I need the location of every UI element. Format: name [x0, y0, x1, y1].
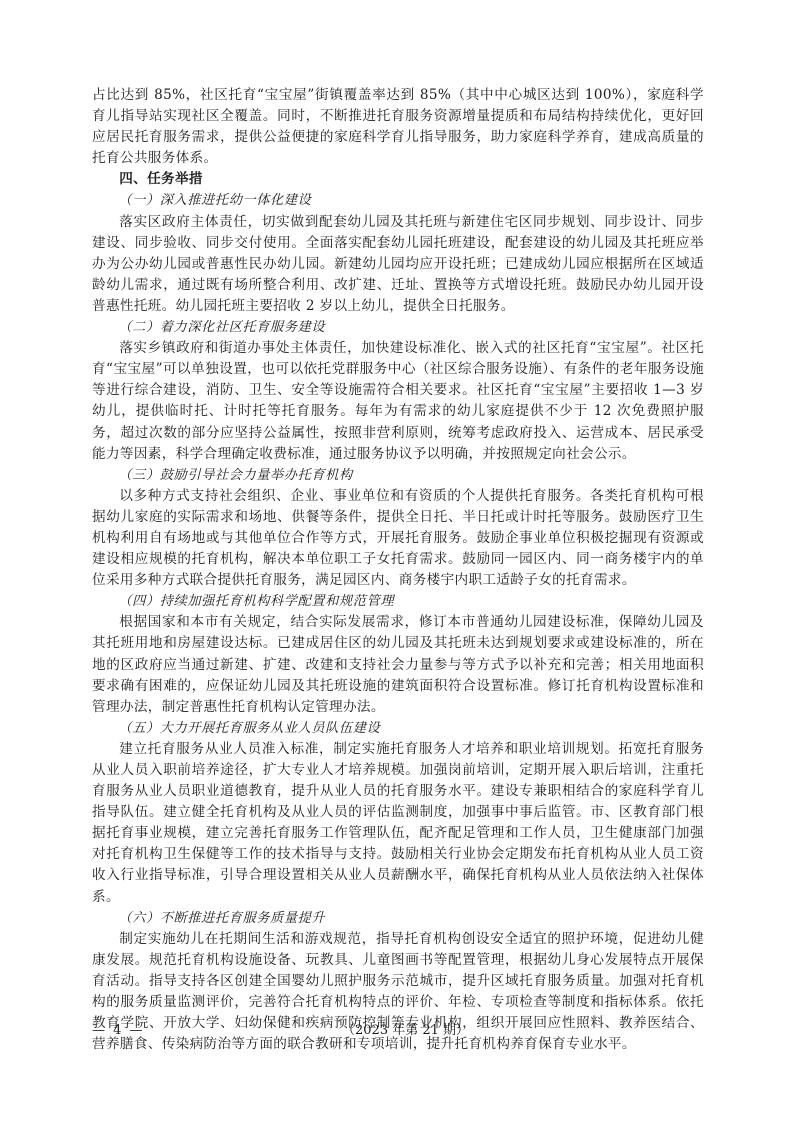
subheading-1: （一）深入推进托幼一体化建设	[92, 190, 704, 211]
paragraph-5: 建立托育服务从业人员准入标准，制定实施托育服务人才培养和职业培训规划。拓宽托育服…	[92, 739, 704, 908]
page-footer: — 4 — （2023 年第 21 期）	[92, 1020, 704, 1042]
section-heading-tasks: 四、任务举措	[92, 169, 704, 190]
paragraph-4: 根据国家和本市有关规定，结合实际发展需求，修订本市普通幼儿园建设标准，保障幼儿园…	[92, 612, 704, 717]
subheading-5: （五）大力开展托育服务从业人员队伍建设	[92, 718, 704, 739]
paragraph-2: 落实乡镇政府和街道办事处主体责任，加快建设标准化、嵌入式的社区托育“宝宝屋”。社…	[92, 338, 704, 465]
issue-label: （2023 年第 21 期）	[342, 1020, 469, 1042]
subheading-6: （六）不断推进托育服务质量提升	[92, 908, 704, 929]
subheading-4: （四）持续加强托育机构科学配置和规范管理	[92, 591, 704, 612]
subheading-3: （三）鼓励引导社会力量举办托育机构	[92, 465, 704, 486]
subheading-2: （二）着力深化社区托育服务建设	[92, 317, 704, 338]
paragraph-1: 落实区政府主体责任，切实做到配套幼儿园及其托班与新建住宅区同步规划、同步设计、同…	[92, 212, 704, 317]
document-body: 占比达到 85%，社区托育“宝宝屋”街镇覆盖率达到 85%（其中中心城区达到 1…	[92, 85, 704, 1055]
page-number: — 4 —	[92, 1020, 145, 1042]
paragraph-3: 以多种方式支持社会组织、企业、事业单位和有资质的个人提供托育服务。各类托育机构可…	[92, 486, 704, 591]
paragraph-intro-continued: 占比达到 85%，社区托育“宝宝屋”街镇覆盖率达到 85%（其中中心城区达到 1…	[92, 85, 704, 169]
